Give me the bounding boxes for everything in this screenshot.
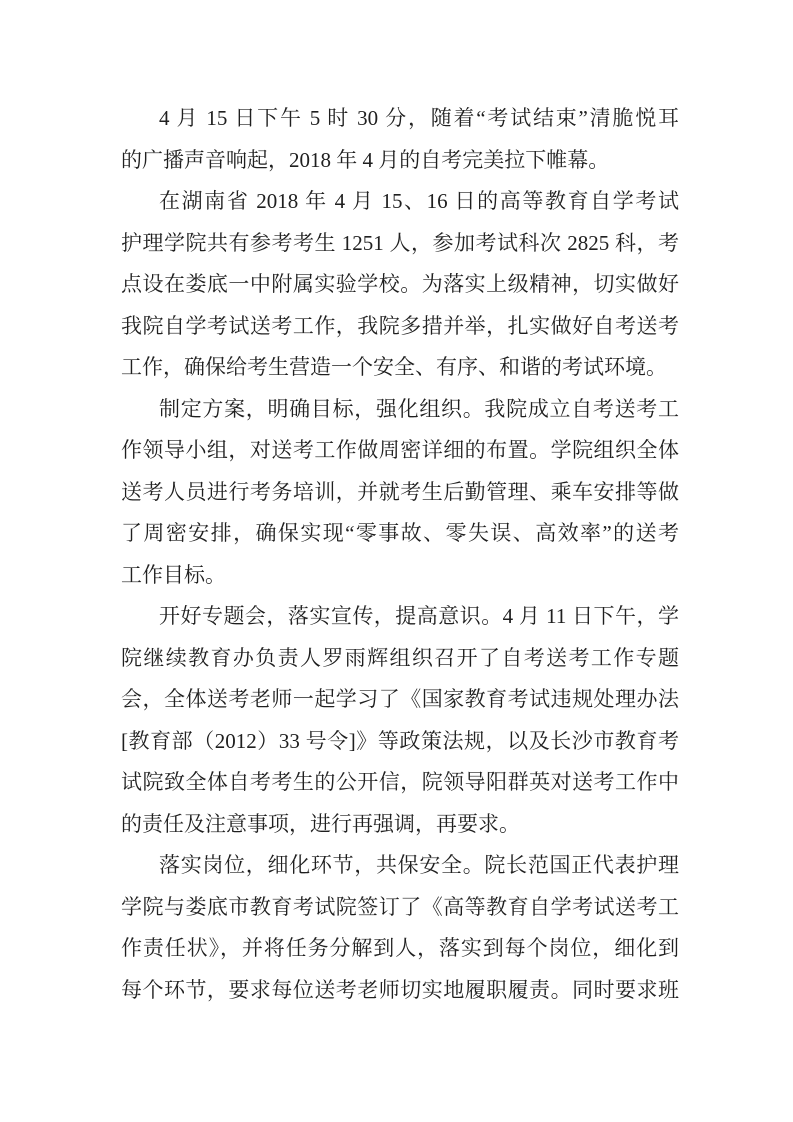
text-line: 的责任及注意事项，进行再强调，再要求。 (121, 804, 679, 846)
text-line: 的广播声音响起，2018 年 4 月的自考完美拉下帷幕。 (121, 140, 679, 182)
text-line: 在湖南省 2018 年 4 月 15、16 日的高等教育自学考试中， (121, 181, 679, 223)
text-line: 工作，确保给考生营造一个安全、有序、和谐的考试环境。 (121, 347, 679, 389)
paragraph-3: 制定方案，明确目标，强化组织。我院成立自考送考工作领导小组，对送考工作做周密详细… (121, 389, 679, 597)
text-line: 4 月 15 日下午 5 时 30 分，随着“考试结束”清脆悦耳 (121, 98, 679, 140)
text-line: 点设在娄底一中附属实验学校。为落实上级精神，切实做好 (121, 264, 679, 306)
text-line: 了周密安排，确保实现“零事故、零失误、高效率”的送考 (121, 513, 679, 555)
text-line: 每个环节，要求每位送考老师切实地履职履责。同时要求班 (121, 970, 679, 1012)
paragraph-4: 开好专题会，落实宣传，提高意识。4 月 11 日下午，学院继续教育办负责人罗雨辉… (121, 596, 679, 845)
paragraph-2: 在湖南省 2018 年 4 月 15、16 日的高等教育自学考试中，护理学院共有… (121, 181, 679, 389)
text-line: 学院与娄底市教育考试院签订了《高等教育自学考试送考工 (121, 887, 679, 929)
text-line: 开好专题会，落实宣传，提高意识。4 月 11 日下午，学 (121, 596, 679, 638)
text-line: 护理学院共有参考考生 1251 人，参加考试科次 2825 科，考 (121, 223, 679, 265)
document-body: 4 月 15 日下午 5 时 30 分，随着“考试结束”清脆悦耳的广播声音响起，… (121, 98, 679, 1011)
paragraph-5: 落实岗位，细化环节，共保安全。院长范国正代表护理学院与娄底市教育考试院签订了《高… (121, 845, 679, 1011)
text-line: 工作目标。 (121, 555, 679, 597)
text-line: 会，全体送考老师一起学习了《国家教育考试违规处理办法 (121, 679, 679, 721)
text-line: 送考人员进行考务培训，并就考生后勤管理、乘车安排等做 (121, 472, 679, 514)
text-line: 我院自学考试送考工作，我院多措并举，扎实做好自考送考 (121, 306, 679, 348)
document-page: 4 月 15 日下午 5 时 30 分，随着“考试结束”清脆悦耳的广播声音响起，… (0, 0, 793, 1122)
text-line: 试院致全体自考考生的公开信，院领导阳群英对送考工作中 (121, 762, 679, 804)
text-line: 作领导小组，对送考工作做周密详细的布置。学院组织全体 (121, 430, 679, 472)
text-line: 院继续教育办负责人罗雨辉组织召开了自考送考工作专题 (121, 638, 679, 680)
paragraph-1: 4 月 15 日下午 5 时 30 分，随着“考试结束”清脆悦耳的广播声音响起，… (121, 98, 679, 181)
text-line: 落实岗位，细化环节，共保安全。院长范国正代表护理 (121, 845, 679, 887)
text-line: 制定方案，明确目标，强化组织。我院成立自考送考工 (121, 389, 679, 431)
text-line: [教育部（2012）33 号令]》等政策法规，以及长沙市教育考 (121, 721, 679, 763)
text-line: 作责任状》，并将任务分解到人，落实到每个岗位，细化到 (121, 928, 679, 970)
